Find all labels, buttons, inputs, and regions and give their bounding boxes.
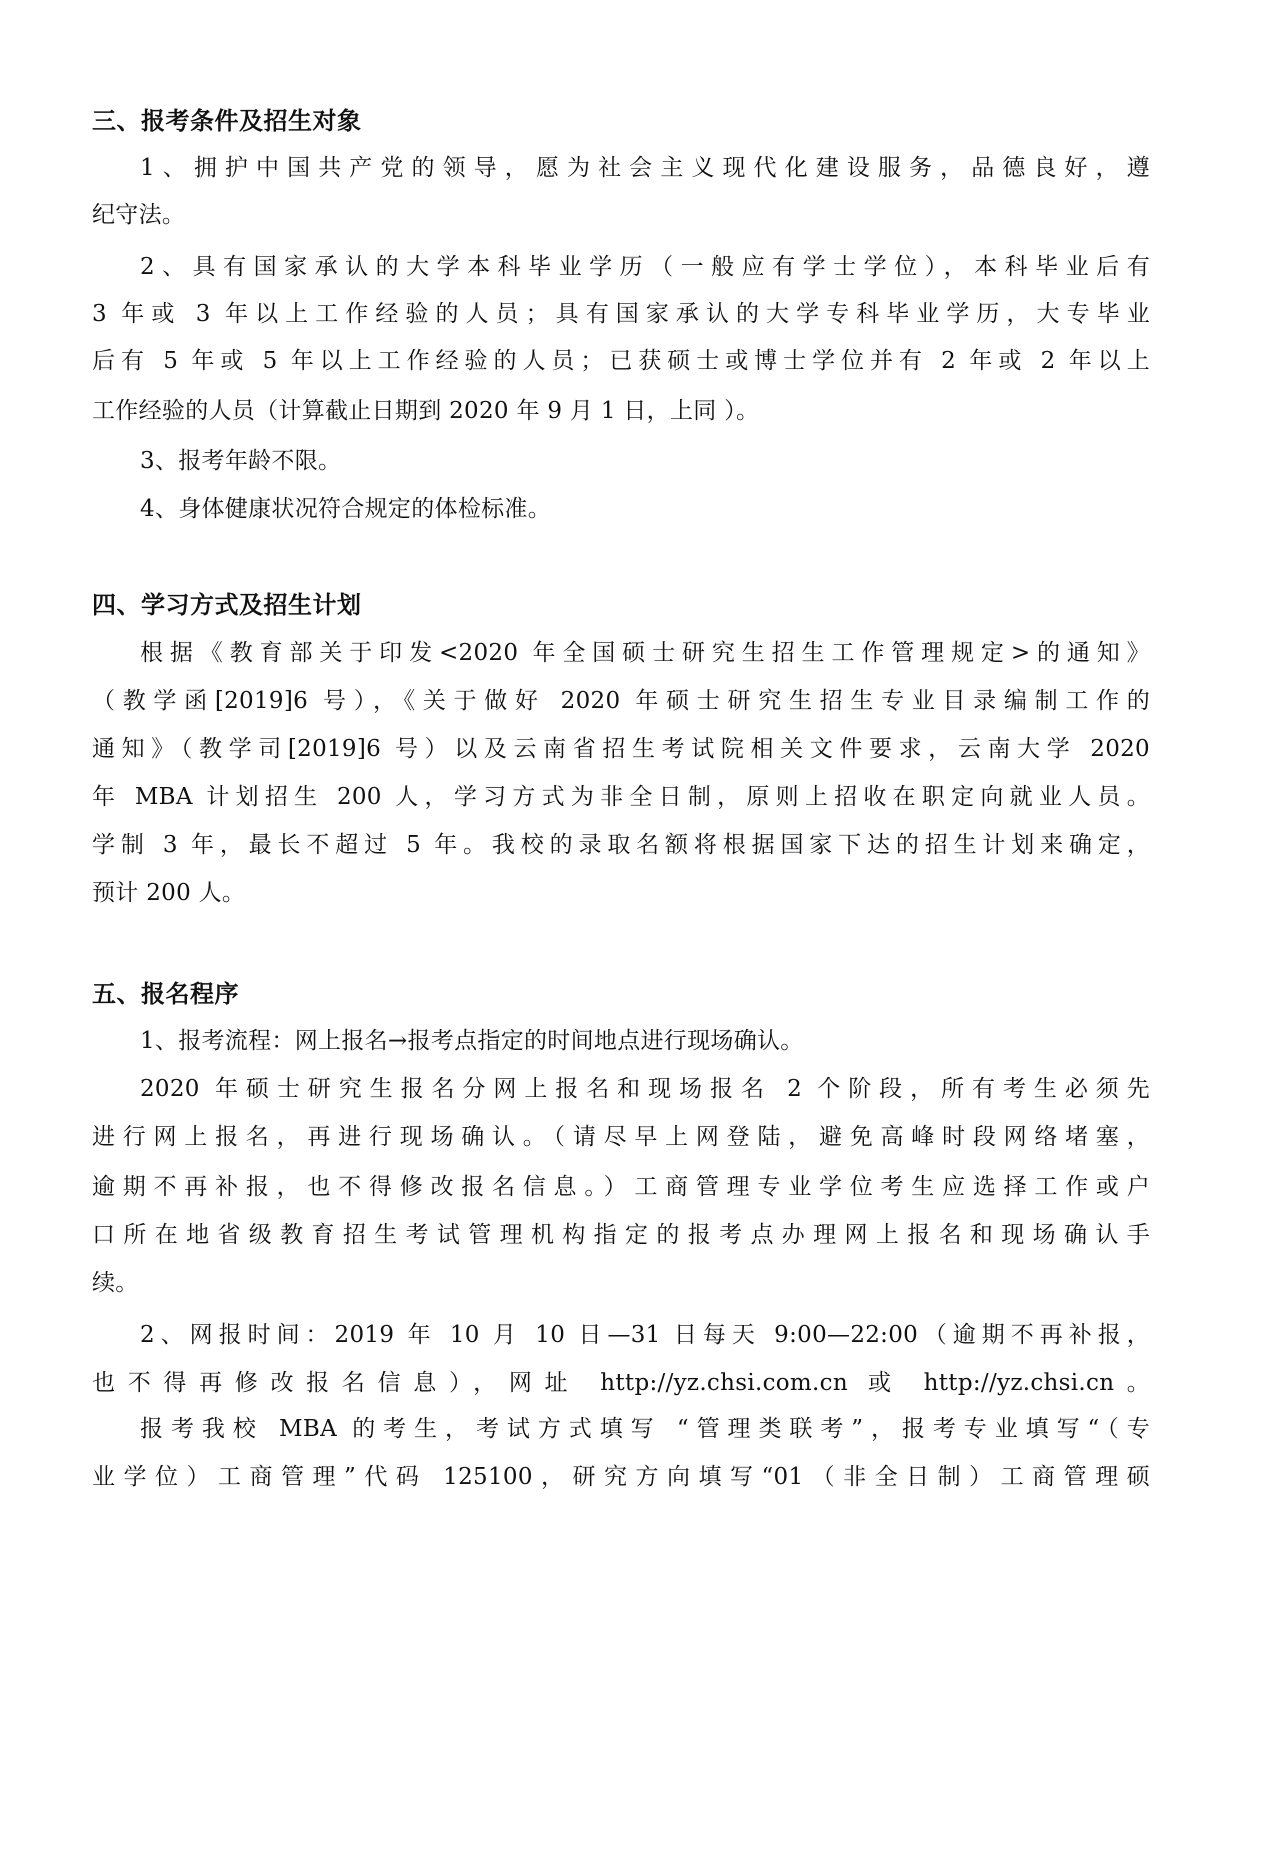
section-heading-4: 四、学习方式及招生计划 — [92, 590, 1150, 620]
document-page: 三、报考条件及招生对象 1、拥护中国共产党的领导，愿为社会主义现代化建设服务，品… — [0, 0, 1280, 1872]
paragraph-line: 后有 5 年或 5 年以上工作经验的人员；已获硕士或博士学位并有 2 年或 2 … — [92, 346, 1150, 376]
paragraph-line: 口所在地省级教育招生考试管理机构指定的报考点办理网上报名和现场确认手 — [92, 1220, 1150, 1250]
paragraph-line: 学制 3 年，最长不超过 5 年。我校的录取名额将根据国家下达的招生计划来确定， — [92, 830, 1150, 860]
paragraph-line: 逾期不再补报，也不得修改报名信息。）工商管理专业学位考生应选择工作或户 — [92, 1172, 1150, 1202]
paragraph-line: 业学位）工商管理”代码 125100，研究方向填写“01（非全日制）工商管理硕 — [92, 1462, 1150, 1492]
paragraph-line: 2、网报时间：2019 年 10 月 10 日—31 日每天 9:00—22:0… — [140, 1320, 1150, 1350]
paragraph-line: 年 MBA 计划招生 200 人，学习方式为非全日制，原则上招收在职定向就业人员… — [92, 782, 1150, 812]
paragraph-line: 1、拥护中国共产党的领导，愿为社会主义现代化建设服务，品德良好，遵 — [140, 153, 1150, 183]
section-heading-5: 五、报名程序 — [92, 979, 1150, 1009]
paragraph-line: 2、具有国家承认的大学本科毕业学历（一般应有学士学位），本科毕业后有 — [140, 252, 1150, 282]
paragraph-line: 纪守法。 — [92, 200, 1150, 230]
paragraph-line: 报考我校 MBA 的考生，考试方式填写 “管理类联考”，报考专业填写“（专 — [140, 1414, 1150, 1444]
paragraph-line: 2020 年硕士研究生报名分网上报名和现场报名 2 个阶段，所有考生必须先 — [140, 1074, 1150, 1104]
paragraph-line: （教学函[2019]6 号），《关于做好 2020 年硕士研究生招生专业目录编制… — [92, 686, 1150, 716]
paragraph-line: 3 年或 3 年以上工作经验的人员；具有国家承认的大学专科毕业学历，大专毕业 — [92, 299, 1150, 329]
paragraph-line: 工作经验的人员（计算截止日期到 2020 年 9 月 1 日，上同 ）。 — [92, 396, 1150, 426]
paragraph-line: 1、报考流程：网上报名→报考点指定的时间地点进行现场确认。 — [140, 1026, 1150, 1056]
paragraph-line: 通知》（教学司[2019]6 号）以及云南省招生考试院相关文件要求，云南大学 2… — [92, 734, 1150, 764]
paragraph-line: 也不得再修改报名信息），网址 http://yz.chsi.com.cn 或 h… — [92, 1368, 1150, 1398]
paragraph-line: 续。 — [92, 1268, 1150, 1298]
paragraph-line: 4、身体健康状况符合规定的体检标准。 — [140, 494, 1150, 524]
paragraph-line: 进行网上报名，再进行现场确认。（请尽早上网登陆，避免高峰时段网络堵塞， — [92, 1122, 1150, 1152]
paragraph-line: 根据《教育部关于印发<2020 年全国硕士研究生招生工作管理规定>的通知》 — [140, 638, 1150, 668]
paragraph-line: 预计 200 人。 — [92, 878, 1150, 908]
paragraph-line: 3、报考年龄不限。 — [140, 446, 1150, 476]
section-heading-3: 三、报考条件及招生对象 — [92, 106, 1150, 136]
